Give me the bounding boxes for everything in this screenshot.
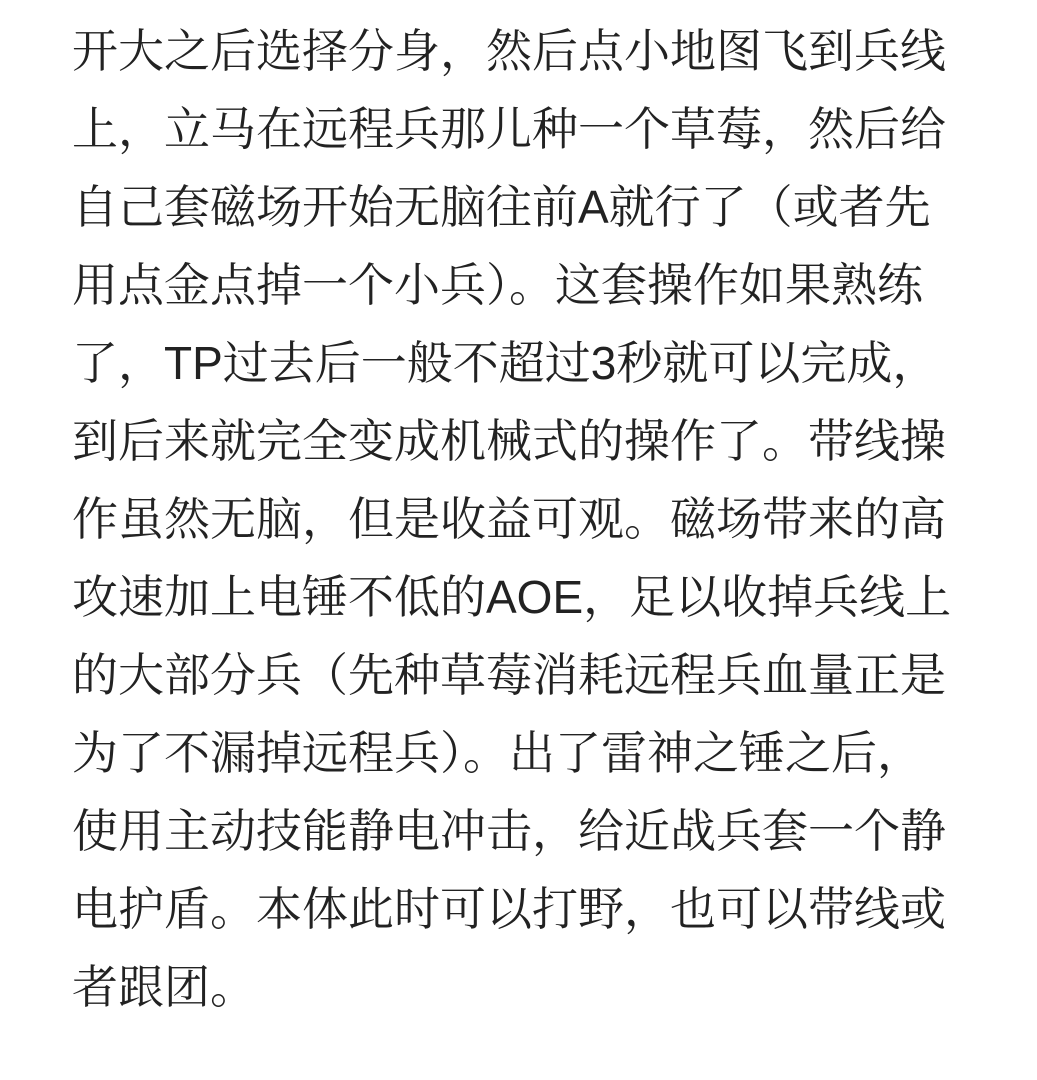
text-line: 的大部分兵（先种草莓消耗远程兵血量正是 (72, 636, 967, 714)
text-line: 到后来就完全变成机械式的操作了。带线操 (72, 402, 967, 480)
article-body: 开大之后选择分身，然后点小地图飞到兵线上，立马在远程兵那儿种一个草莓，然后给自己… (0, 0, 1037, 1026)
text-line: 了，TP过去后一般不超过3秒就可以完成， (72, 324, 967, 402)
text-line: 用点金点掉一个小兵）。这套操作如果熟练 (72, 246, 967, 324)
text-line: 上，立马在远程兵那儿种一个草莓，然后给 (72, 90, 967, 168)
text-line: 使用主动技能静电冲击，给近战兵套一个静 (72, 792, 967, 870)
text-line: 电护盾。本体此时可以打野，也可以带线或 (72, 870, 967, 948)
text-line: 自己套磁场开始无脑往前A就行了（或者先 (72, 168, 967, 246)
text-line: 者跟团。 (72, 948, 967, 1026)
text-line: 为了不漏掉远程兵）。出了雷神之锤之后， (72, 714, 967, 792)
text-line: 开大之后选择分身，然后点小地图飞到兵线 (72, 12, 967, 90)
text-line: 作虽然无脑，但是收益可观。磁场带来的高 (72, 480, 967, 558)
paragraph: 开大之后选择分身，然后点小地图飞到兵线上，立马在远程兵那儿种一个草莓，然后给自己… (72, 12, 967, 1026)
text-line: 攻速加上电锤不低的AOE，足以收掉兵线上 (72, 558, 967, 636)
